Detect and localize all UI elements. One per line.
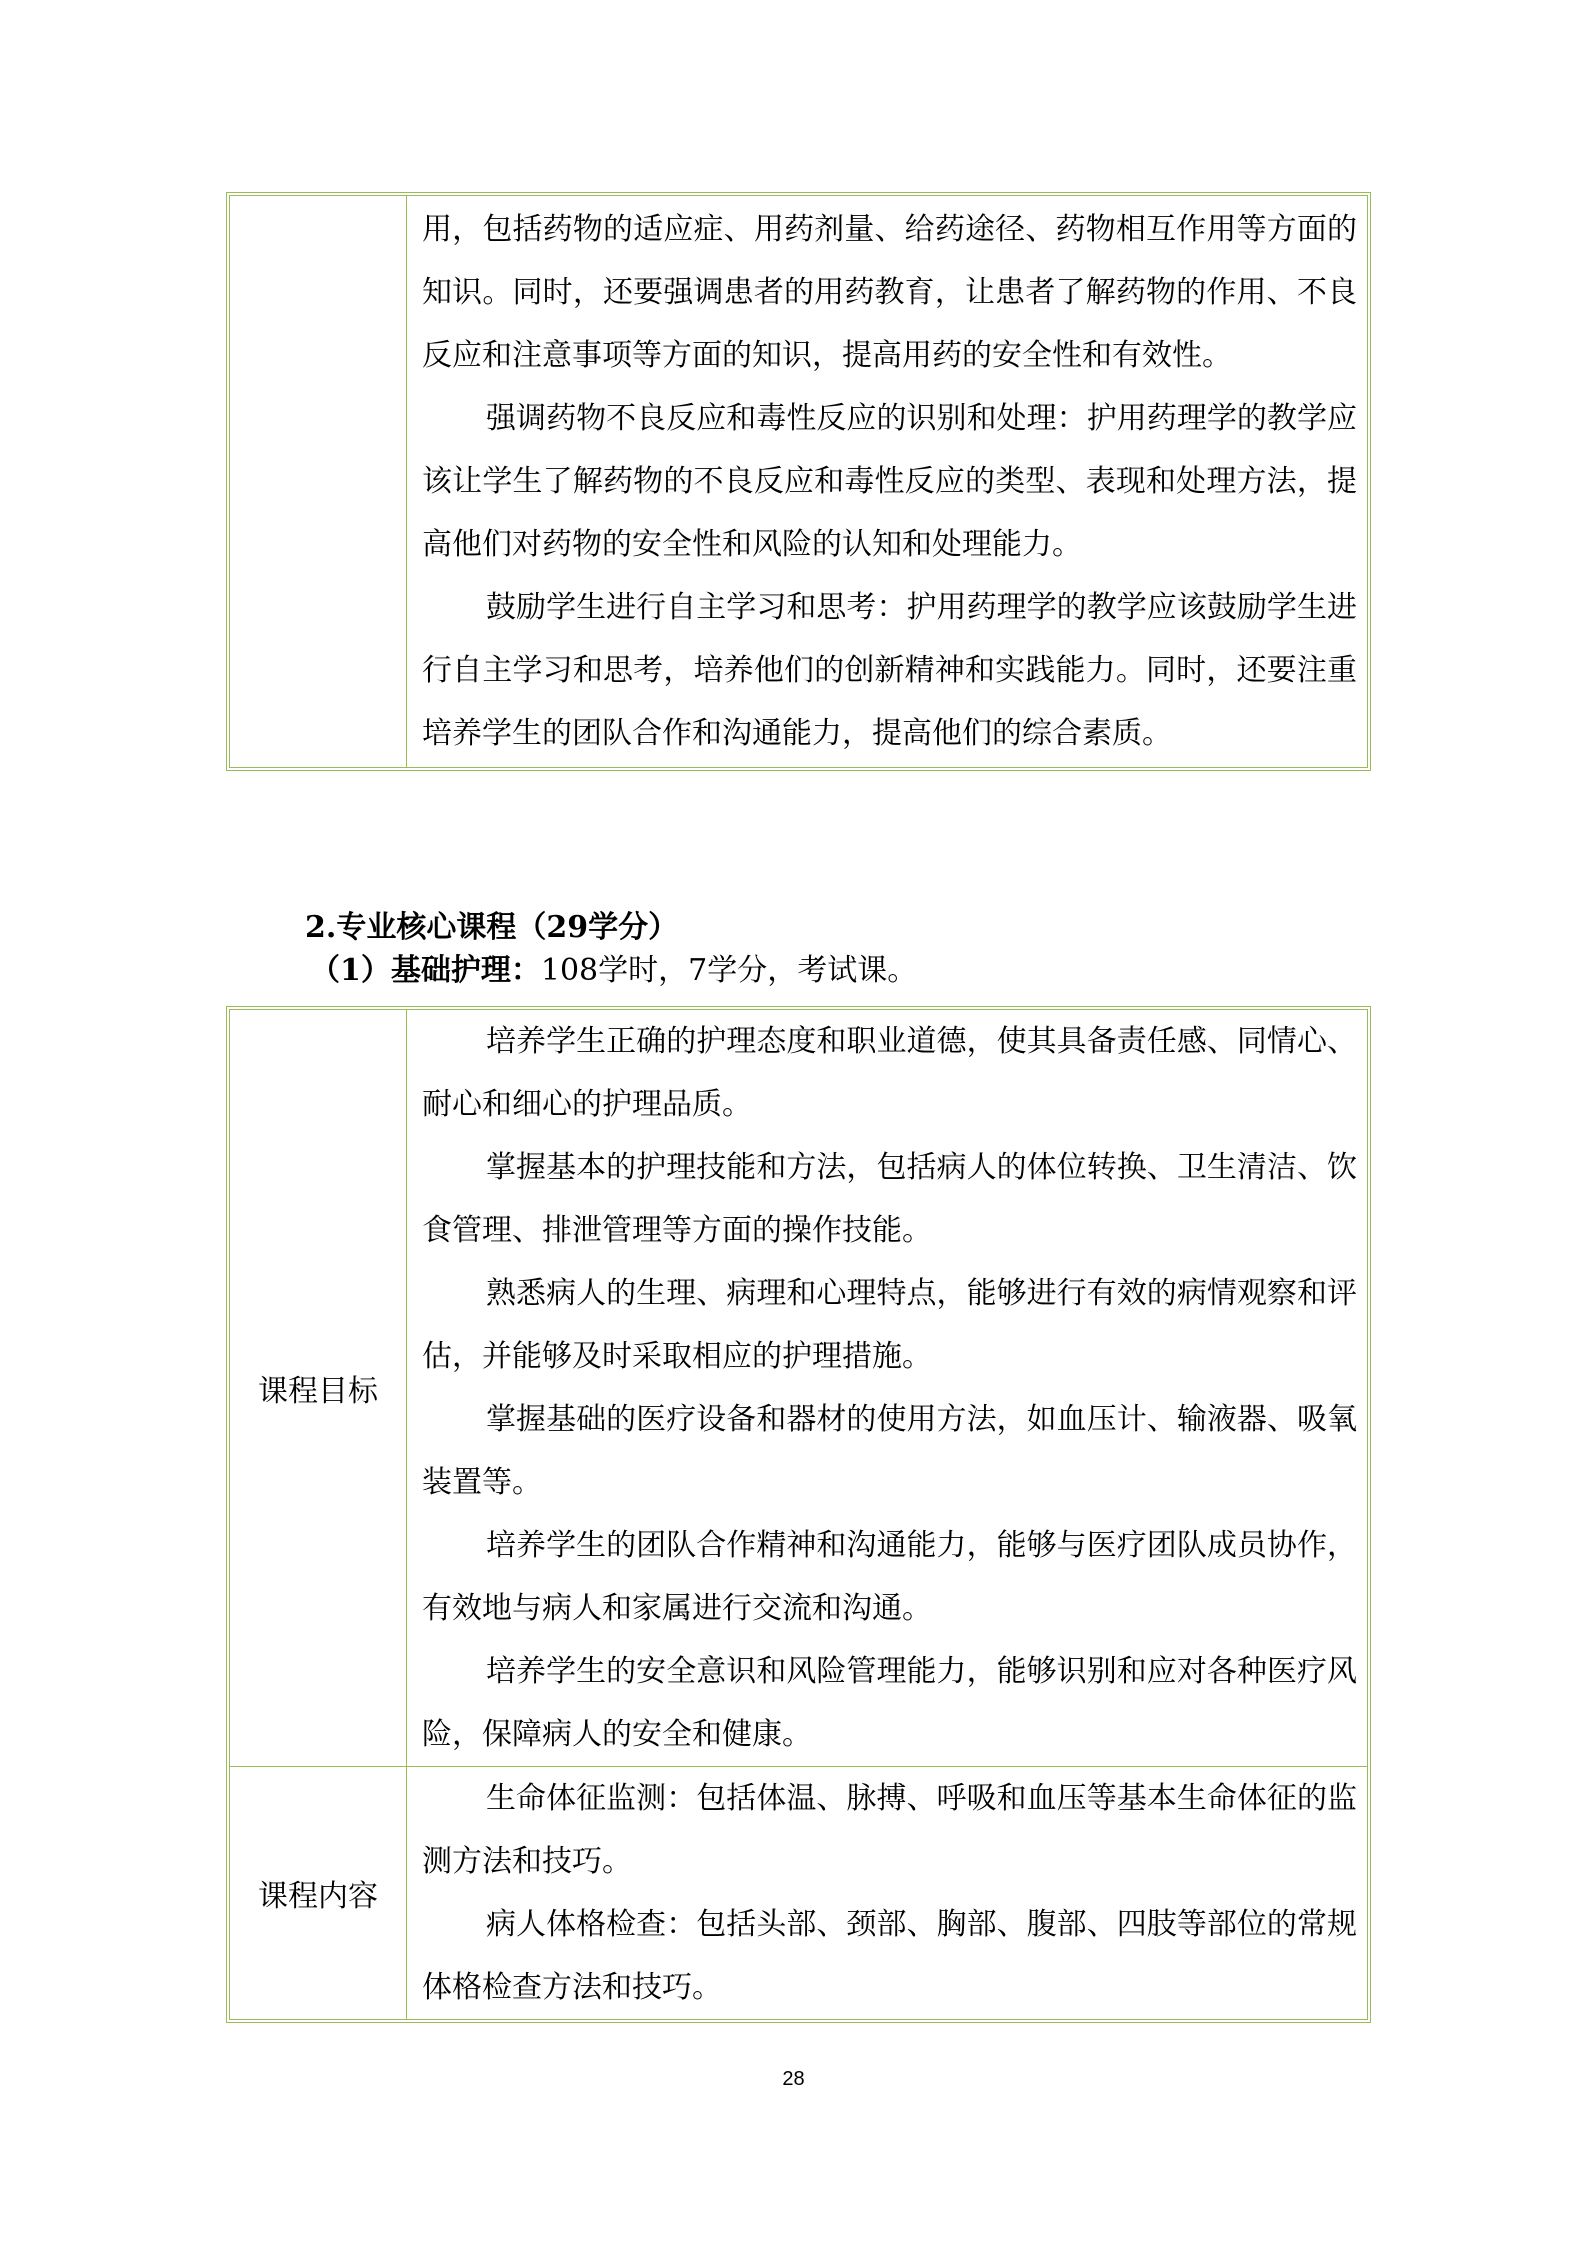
table-row: 课程内容 生命体征监测：包括体温、脉搏、呼吸和血压等基本生命体征的监测方法和技巧…	[230, 1766, 1367, 2019]
pharmacology-continuation-table: 用，包括药物的适应症、用药剂量、给药途径、药物相互作用等方面的知识。同时，还要强…	[226, 192, 1371, 771]
paragraph: 培养学生的团队合作精神和沟通能力，能够与医疗团队成员协作，有效地与病人和家属进行…	[422, 1514, 1357, 1640]
course-details: 108学时，7学分，考试课。	[541, 953, 917, 988]
course-heading: （1）基础护理：108学时，7学分，考试课。	[310, 945, 917, 989]
row-label-course-goals: 课程目标	[230, 1010, 407, 1766]
paragraph: 病人体格检查：包括头部、颈部、胸部、腹部、四肢等部位的常规体格检查方法和技巧。	[422, 1893, 1357, 2019]
row-label	[230, 196, 407, 767]
paragraph: 掌握基础的医疗设备和器材的使用方法，如血压计、输液器、吸氧装置等。	[422, 1388, 1357, 1514]
paragraph: 鼓励学生进行自主学习和思考：护用药理学的教学应该鼓励学生进行自主学习和思考，培养…	[422, 576, 1357, 765]
row-content: 用，包括药物的适应症、用药剂量、给药途径、药物相互作用等方面的知识。同时，还要强…	[407, 196, 1367, 767]
paragraph: 熟悉病人的生理、病理和心理特点，能够进行有效的病情观察和评估，并能够及时采取相应…	[422, 1262, 1357, 1388]
course-name: （1）基础护理：	[310, 953, 541, 988]
table-row: 用，包括药物的适应症、用药剂量、给药途径、药物相互作用等方面的知识。同时，还要强…	[230, 196, 1367, 767]
paragraph: 生命体征监测：包括体温、脉搏、呼吸和血压等基本生命体征的监测方法和技巧。	[422, 1767, 1357, 1893]
paragraph: 掌握基本的护理技能和方法，包括病人的体位转换、卫生清洁、饮食管理、排泄管理等方面…	[422, 1136, 1357, 1262]
paragraph: 用，包括药物的适应症、用药剂量、给药途径、药物相互作用等方面的知识。同时，还要强…	[422, 198, 1357, 387]
row-content: 培养学生正确的护理态度和职业道德，使其具备责任感、同情心、耐心和细心的护理品质。…	[407, 1010, 1367, 1766]
page-number: 28	[0, 2068, 1587, 2091]
row-content: 生命体征监测：包括体温、脉搏、呼吸和血压等基本生命体征的监测方法和技巧。 病人体…	[407, 1767, 1367, 2019]
paragraph: 培养学生正确的护理态度和职业道德，使其具备责任感、同情心、耐心和细心的护理品质。	[422, 1010, 1357, 1136]
section-heading: 2.专业核心课程（29学分）	[305, 902, 678, 946]
basic-nursing-table: 课程目标 培养学生正确的护理态度和职业道德，使其具备责任感、同情心、耐心和细心的…	[226, 1006, 1371, 2023]
paragraph: 强调药物不良反应和毒性反应的识别和处理：护用药理学的教学应该让学生了解药物的不良…	[422, 387, 1357, 576]
paragraph: 培养学生的安全意识和风险管理能力，能够识别和应对各种医疗风险，保障病人的安全和健…	[422, 1640, 1357, 1766]
row-label-course-content: 课程内容	[230, 1767, 407, 2019]
table-row: 课程目标 培养学生正确的护理态度和职业道德，使其具备责任感、同情心、耐心和细心的…	[230, 1010, 1367, 1766]
